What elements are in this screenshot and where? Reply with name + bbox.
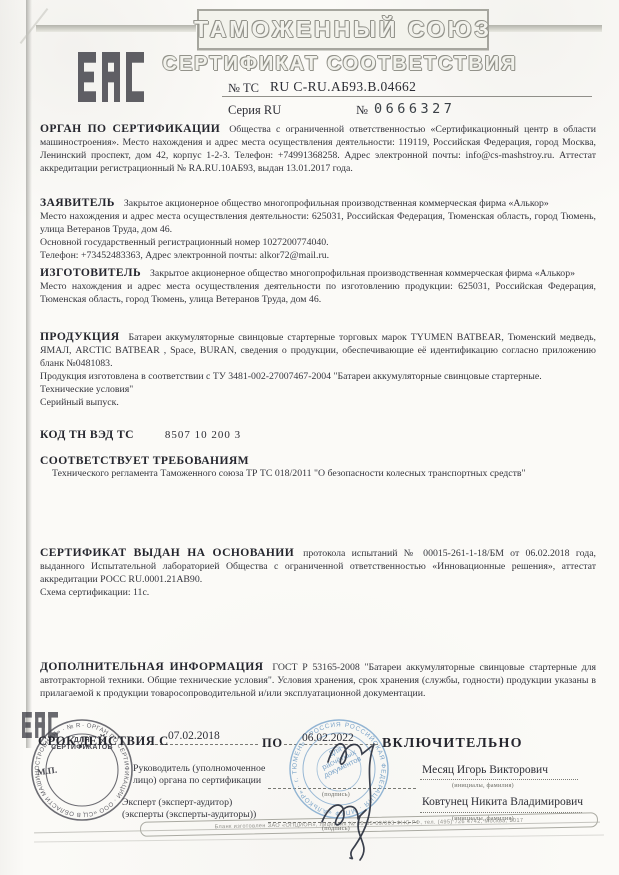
head-role-label: Руководитель (уполномоченное лицо) орган… (133, 763, 293, 786)
series-no-sign: № (356, 103, 368, 118)
banner-title: ТАМОЖЕННЫЙ СОЮЗ (194, 16, 492, 43)
additional-info-header: ДОПОЛНИТЕЛЬНАЯ ИНФОРМАЦИЯ (40, 660, 263, 673)
validity-date-from: 07.02.2018 (168, 730, 220, 742)
number-underline (222, 96, 592, 97)
banner-wing-right (486, 25, 602, 32)
expert-role-label: Эксперт (эксперт-аудитор) (эксперты (экс… (122, 797, 292, 820)
section-applicant-header: ЗАЯВИТЕЛЬ (40, 196, 115, 209)
compliance-header: СООТВЕТСТВУЕТ ТРЕБОВАНИЯМ (40, 455, 587, 468)
cert-number-label: № ТС (228, 81, 259, 96)
validity-to-label: ПО (262, 736, 283, 751)
series-label: Серия RU (228, 103, 281, 118)
section-product-body: Батареи аккумуляторные свинцовые стартер… (40, 332, 596, 408)
head-name-caption: (инициалы, фамилия) (452, 782, 514, 789)
scan-edge-shadow (26, 0, 32, 748)
eac-logo-icon (78, 52, 144, 102)
section-product-header: ПРОДУКЦИЯ (40, 330, 120, 343)
customs-union-banner: ТАМОЖЕННЫЙ СОЮЗ (197, 9, 489, 50)
section-organ-header: ОРГАН ПО СЕРТИФИКАЦИИ (40, 122, 220, 135)
certificate-page: ТАМОЖЕННЫЙ СОЮЗ СЕРТИФИКАТ СООТВЕТСТВИЯ … (0, 0, 619, 875)
signature-ink (300, 722, 430, 862)
validity-from-label: СРОК ДЕЙСТВИЯ С (38, 734, 169, 749)
head-name: Месяц Игорь Викторович (422, 764, 548, 776)
banner-wing-left (36, 25, 196, 32)
section-certification-body: ОРГАН ПО СЕРТИФИКАЦИИОбщества с ограниче… (40, 123, 596, 176)
basis-header: СЕРТИФИКАТ ВЫДАН НА ОСНОВАНИИ (40, 546, 294, 559)
section-product: ПРОДУКЦИЯБатареи аккумуляторные свинцовы… (40, 331, 596, 409)
section-additional-info: ДОПОЛНИТЕЛЬНАЯ ИНФОРМАЦИЯГОСТ Р 53165-20… (40, 661, 596, 701)
section-applicant-body: Закрытое акционерное общество многопрофи… (40, 198, 596, 261)
expert-name: Ковтунец Никита Владимирович (422, 796, 583, 808)
section-manufacturer-header: ИЗГОТОВИТЕЛЬ (40, 266, 141, 279)
section-applicant: ЗАЯВИТЕЛЬЗакрытое акционерное общество м… (40, 197, 596, 263)
tnved-code-value: 8507 10 200 3 (165, 429, 241, 441)
section-tnved-code: КОД ТН ВЭД ТС8507 10 200 3 (40, 429, 596, 443)
cert-number: RU C-RU.АБ93.В.04662 (270, 79, 416, 95)
head-name-line (420, 779, 578, 780)
tnved-code-header: КОД ТН ВЭД ТС (40, 428, 134, 441)
certification-round-stamp: · ОРГАН ПО СЕРТИФИКАЦИИ · ООО «СЦ В ОБЛА… (22, 710, 142, 830)
section-manufacturer: ИЗГОТОВИТЕЛЬЗакрытое акционерное обществ… (40, 267, 596, 307)
series-number: 0666327 (374, 101, 455, 117)
page-title: СЕРТИФИКАТ СООТВЕТСТВИЯ (163, 53, 518, 75)
section-compliance: СООТВЕТСТВУЕТ ТРЕБОВАНИЯМ Технического р… (40, 455, 596, 481)
section-basis: СЕРТИФИКАТ ВЫДАН НА ОСНОВАНИИпротокола и… (40, 547, 596, 600)
compliance-body: Технического регламента Таможенного союз… (40, 468, 596, 481)
